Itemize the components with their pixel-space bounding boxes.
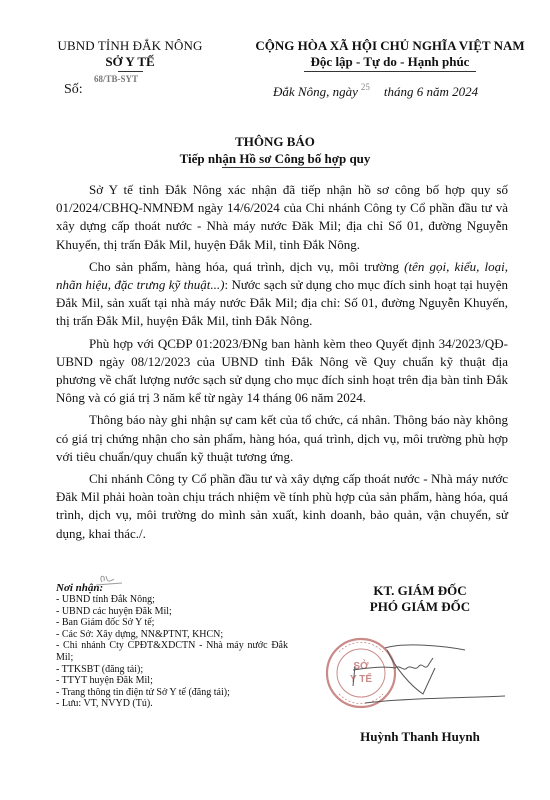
official-seal-signature-icon: SỞ Y TẾ: [325, 628, 515, 718]
recipient-item: - Lưu: VT, NVYD (Tú).: [56, 698, 288, 710]
recipient-item: - Ban Giám đốc Sở Y tế;: [56, 617, 288, 629]
national-motto: Độc lập - Tự do - Hạnh phúc: [240, 54, 540, 70]
recipient-item: - TTYT huyện Đăk Mil;: [56, 675, 288, 687]
date-suffix: tháng 6 năm 2024: [384, 84, 478, 99]
document-title: THÔNG BÁO Tiếp nhận Hồ sơ Công bố hợp qu…: [0, 133, 550, 168]
national-header: CỘNG HÒA XÃ HỘI CHỦ NGHĨA VIỆT NAM Độc l…: [240, 38, 540, 72]
seal-icon: SỞ Y TẾ: [327, 639, 395, 707]
signer-name: Huỳnh Thanh Huynh: [330, 729, 510, 745]
document-number: 68/TB-SYT: [94, 74, 138, 84]
recipients-list: Nơi nhận: - UBND tỉnh Đắk Nông; - UBND c…: [56, 582, 288, 710]
issue-date: Đắk Nông, ngày25tháng 6 năm 2024: [273, 84, 478, 100]
signature-role-1: KT. GIÁM ĐỐC: [330, 583, 510, 599]
title-line-1: THÔNG BÁO: [0, 133, 550, 150]
document-page: UBND TỈNH ĐẮK NÔNG SỞ Y TẾ Số: 68/TB-SYT…: [0, 0, 550, 800]
date-day: 25: [361, 82, 370, 92]
paragraph-4: Thông báo này ghi nhận sự cam kết của tổ…: [56, 411, 508, 466]
signature-title: KT. GIÁM ĐỐC PHÓ GIÁM ĐỐC: [330, 583, 510, 615]
recipient-item: - UBND tỉnh Đắk Nông;: [56, 594, 288, 606]
national-title: CỘNG HÒA XÃ HỘI CHỦ NGHĨA VIỆT NAM: [240, 38, 540, 54]
paragraph-3: Phù hợp với QCĐP 01:2023/ĐNg ban hành kè…: [56, 335, 508, 408]
issuer-org: UBND TỈNH ĐẮK NÔNG: [30, 38, 230, 54]
paragraph-2: Cho sản phẩm, hàng hóa, quá trình, dịch …: [56, 258, 508, 331]
signature-role-2: PHÓ GIÁM ĐỐC: [330, 599, 510, 615]
recipient-item: - Trang thông tin điện tử Sở Y tế (đăng …: [56, 687, 288, 699]
date-prefix: Đắk Nông, ngày: [273, 84, 358, 99]
recipient-item: - TTKSBT (đăng tải);: [56, 664, 288, 676]
motto-underline: [304, 71, 476, 72]
paragraph-1: Sở Y tế tỉnh Đắk Nông xác nhận đã tiếp n…: [56, 181, 508, 254]
recipient-item: - UBND các huyện Đăk Mil;: [56, 606, 288, 618]
document-body: Sở Y tế tỉnh Đắk Nông xác nhận đã tiếp n…: [56, 181, 508, 547]
title-line-2: Tiếp nhận Hồ sơ Công bố hợp quy: [0, 150, 550, 167]
issuer-underline: [118, 71, 143, 72]
recipients-heading: Nơi nhận:: [56, 582, 288, 594]
document-number-label: Số:: [64, 82, 83, 98]
title-underline: [222, 167, 340, 168]
issuer-dept: SỞ Y TẾ: [30, 54, 230, 70]
paragraph-5: Chi nhánh Công ty Cổ phần đầu tư và xây …: [56, 470, 508, 543]
recipient-item: - Các Sở: Xây dựng, NN&PTNT, KHCN;: [56, 629, 288, 641]
issuer-block: UBND TỈNH ĐẮK NÔNG SỞ Y TẾ: [30, 38, 230, 72]
paragraph-2-lead: Cho sản phẩm, hàng hóa, quá trình, dịch …: [89, 259, 404, 274]
recipient-item: - Chi nhánh Cty CPĐT&XDCTN - Nhà máy nướ…: [56, 640, 288, 663]
